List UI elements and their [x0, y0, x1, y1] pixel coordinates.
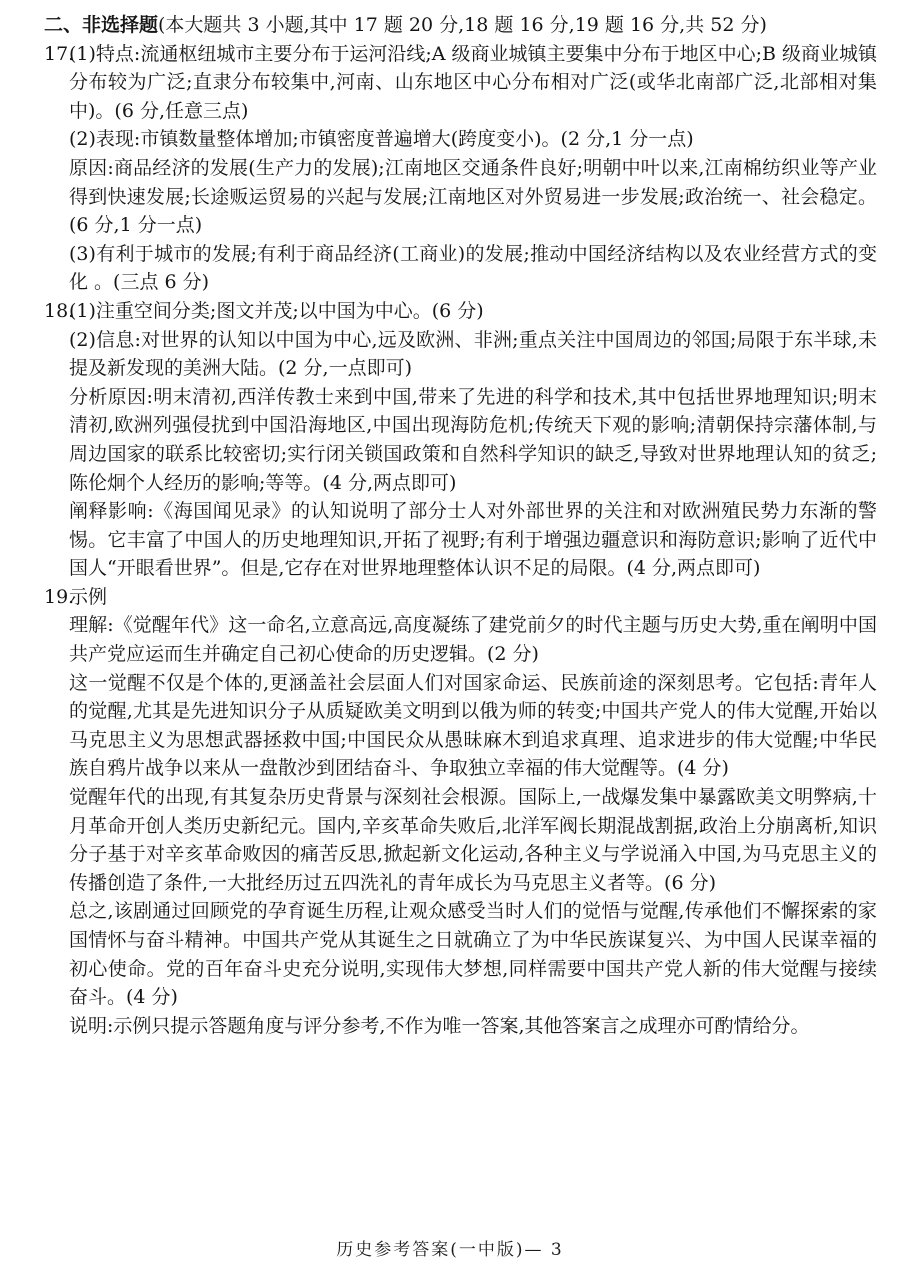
- question-number: 19.: [44, 583, 74, 612]
- answer-paragraph: (3)有利于城市的发展;有利于商品经济(工商业)的发展;推动中国经济结构以及农业…: [69, 240, 877, 297]
- answer-paragraph: (1)特点:流通枢纽城市主要分布于运河沿线;A 级商业城镇主要集中分布于地区中心…: [69, 40, 877, 126]
- answer-paragraph: 阐释影响:《海国闻见录》的认知说明了部分士人对外部世界的关注和对欧洲殖民势力东渐…: [69, 497, 877, 583]
- question-number: 17.: [44, 40, 74, 69]
- question-19: 19. 示例 理解:《觉醒年代》这一命名,立意高远,高度凝练了建党前夕的时代主题…: [44, 583, 877, 1041]
- answer-paragraph: 分析原因:明末清初,西洋传教士来到中国,带来了先进的科学和技术,其中包括世界地理…: [69, 383, 877, 497]
- answer-sheet-page: { "heading": { "title": "二、非选择题", "note"…: [0, 0, 900, 1272]
- section-title: 二、非选择题: [44, 14, 158, 36]
- answer-paragraph: 说明:示例只提示答题角度与评分参考,不作为唯一答案,其他答案言之成理亦可酌情给分…: [69, 1012, 877, 1041]
- question-18: 18. (1)注重空间分类;图文并茂;以中国为中心。(6 分) (2)信息:对世…: [44, 297, 877, 583]
- question-number: 18.: [44, 297, 74, 326]
- answer-paragraph: (2)表现:市镇数量整体增加;市镇密度普遍增大(跨度变小)。(2 分,1 分一点…: [69, 125, 877, 154]
- answer-paragraph: 理解:《觉醒年代》这一命名,立意高远,高度凝练了建党前夕的时代主题与历史大势,重…: [69, 611, 877, 668]
- answer-content: 二、非选择题(本大题共 3 小题,其中 17 题 20 分,18 题 16 分,…: [44, 11, 877, 1040]
- answer-paragraph: 这一觉醒不仅是个体的,更涵盖社会层面人们对国家命运、民族前途的深刻思考。它包括:…: [69, 669, 877, 783]
- answer-paragraph: 原因:商品经济的发展(生产力的发展);江南地区交通条件良好;明朝中叶以来,江南棉…: [69, 154, 877, 240]
- section-note: (本大题共 3 小题,其中 17 题 20 分,18 题 16 分,19 题 1…: [158, 14, 767, 36]
- answer-paragraph: (2)信息:对世界的认知以中国为中心,远及欧洲、非洲;重点关注中国周边的邻国;局…: [69, 326, 877, 383]
- answer-paragraph: 总之,该剧通过回顾党的孕育诞生历程,让观众感受当时人们的觉悟与觉醒,传承他们不懈…: [69, 897, 877, 1011]
- section-heading: 二、非选择题(本大题共 3 小题,其中 17 题 20 分,18 题 16 分,…: [44, 11, 877, 40]
- answer-paragraph: 觉醒年代的出现,有其复杂历史背景与深刻社会根源。国际上,一战爆发集中暴露欧美文明…: [69, 783, 877, 897]
- page-footer: 历史参考答案(一中版)— 3: [0, 1236, 900, 1265]
- question-17: 17. (1)特点:流通枢纽城市主要分布于运河沿线;A 级商业城镇主要集中分布于…: [44, 40, 877, 297]
- answer-paragraph: (1)注重空间分类;图文并茂;以中国为中心。(6 分): [69, 297, 877, 326]
- answer-paragraph: 示例: [69, 583, 877, 612]
